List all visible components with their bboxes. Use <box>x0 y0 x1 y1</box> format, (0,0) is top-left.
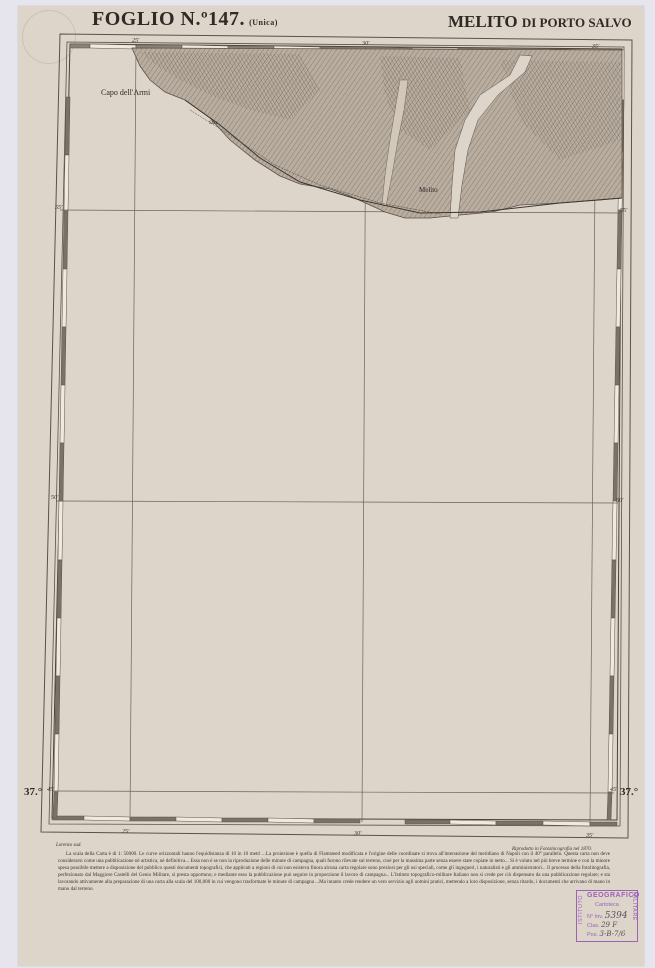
latitude-corner-right: 37.° <box>620 786 638 798</box>
tick-bottom-35: 35' <box>585 833 594 839</box>
stamp-pos-value: 3-B-7/6 <box>600 930 626 938</box>
stamp-classification: Clas. 29 F <box>587 921 617 929</box>
tick-top-35: 35' <box>591 44 600 50</box>
stamp-left-text: ISTITUTO <box>578 895 584 924</box>
place-capo-dell-armi: Capo dell'Armi <box>101 88 150 97</box>
tick-right-50: 50' <box>616 498 624 504</box>
archive-stamp: ISTITUTO GEOGRAFICO MILITARE Cartoteca N… <box>576 890 638 942</box>
tick-right-55: 55' <box>620 208 628 214</box>
scale-note: La scala della Carta è di 1: 50000. Le c… <box>58 851 610 893</box>
stamp-position: Pos. 3-B-7/6 <box>587 930 625 938</box>
tick-left-55: 55' <box>55 205 63 211</box>
tick-bottom-30: 30' <box>353 831 362 837</box>
tick-right-45: 45' <box>610 786 618 793</box>
stamp-cartoteca: Cartoteca <box>595 902 619 908</box>
tick-top-30: 30' <box>361 41 370 47</box>
stamp-right-text: MILITARE <box>631 892 637 921</box>
engraver-credit: Lorenzo sud. <box>56 843 82 848</box>
terrain-relief <box>132 48 622 218</box>
stamp-inventory: N° Inv. 5394 <box>587 911 628 921</box>
tick-top-25: 25' <box>132 38 140 44</box>
place-melito: Melito <box>419 186 438 194</box>
stamp-inv-label: N° Inv. <box>587 914 603 920</box>
tick-left-50: 50' <box>51 495 59 501</box>
tick-bottom-25: 25' <box>122 829 130 835</box>
place-stazione: Staz. <box>209 121 219 126</box>
latitude-corner-left: 37.° <box>24 786 42 798</box>
stamp-inv-value: 5394 <box>605 911 628 921</box>
map-frame: 25' 30' 35' 25' 30' 35' 55' 50' 45' 55' … <box>0 0 655 968</box>
stamp-pos-label: Pos. <box>587 932 598 938</box>
tick-left-45: 45' <box>47 786 55 793</box>
stamp-clas-label: Clas. <box>587 923 600 929</box>
stamp-clas-value: 29 F <box>601 921 617 929</box>
